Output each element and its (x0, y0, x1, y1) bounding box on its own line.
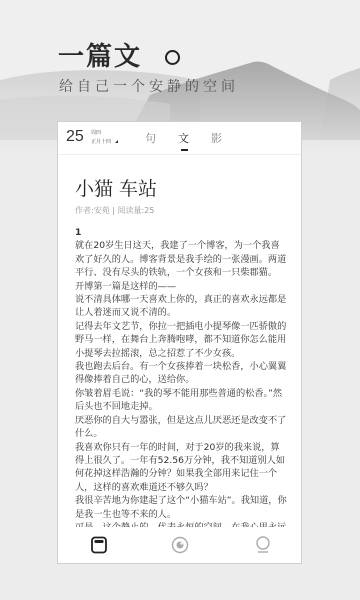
title-dot-icon (165, 50, 180, 65)
date-lunar: 正月十四 (91, 138, 111, 145)
app-title: 一篇文 (58, 36, 142, 73)
paragraph: 厌恶你的自大与嚣张，但是这点儿厌恶还是改变不了什么。 (75, 414, 288, 441)
paragraph: 我很辛苦地为你建起了这个“小猫车站”。我知道，你是我一生也等不来的人。 (75, 494, 288, 521)
nav-read-button[interactable] (89, 535, 109, 555)
article-card: 25 周四 正月十四 句 文 影 小猫 车站 作者:安苑 | 阅读量:25 1 … (57, 121, 302, 564)
card-top-bar: 25 周四 正月十四 句 文 影 (58, 122, 301, 155)
date-day: 25 (66, 128, 84, 146)
paragraph: 我喜欢你只有一年的时间，对于20岁的我来说，算得上很久了。一年有52.56万分钟… (75, 441, 288, 495)
nav-idea-button[interactable] (253, 535, 273, 555)
app-subtitle: 给自己一个安静的空间 (59, 76, 239, 96)
tab-image[interactable]: 影 (211, 130, 222, 146)
tab-sentence[interactable]: 句 (145, 130, 156, 146)
tab-article[interactable]: 文 (178, 130, 189, 146)
date-weekday: 周四 (91, 129, 101, 136)
article-meta: 作者:安苑 | 阅读量:25 (75, 205, 154, 216)
section-number: 1 (75, 226, 288, 239)
article-body: 1 就在20岁生日这天，我建了一个博客，为一个我喜欢了好久的人。博客背景是我手绘… (75, 226, 288, 564)
article-title: 小猫 车站 (75, 174, 157, 201)
paragraph: 你皱着眉毛说：“我的琴不能用那些普通的松香。”然后头也不回地走掉。 (75, 387, 288, 414)
paragraph: 开博第一篇是这样的—— (75, 280, 288, 293)
eye-icon (170, 535, 190, 555)
lightbulb-icon (253, 535, 273, 555)
paragraph: 说不清具体哪一天喜欢上你的，真正的喜欢永远都是让人着迷而又说不清的。 (75, 293, 288, 320)
nav-watch-button[interactable] (170, 535, 190, 555)
date-corner-icon (115, 140, 118, 143)
bottom-nav (58, 527, 301, 563)
book-icon (89, 535, 109, 555)
active-tab-indicator (181, 149, 188, 151)
paragraph: 就在20岁生日这天，我建了一个博客，为一个我喜欢了好久的人。博客背景是我手绘的一… (75, 239, 288, 279)
paragraph: 我也跑去后台。有一个女孩捧着一块松香，小心翼翼得像捧着自己的心，送给你。 (75, 360, 288, 387)
paragraph: 记得去年文艺节，你拉一把插电小提琴像一匹骄傲的野马一样，在舞台上奔腾咆哮，都不知… (75, 320, 288, 360)
